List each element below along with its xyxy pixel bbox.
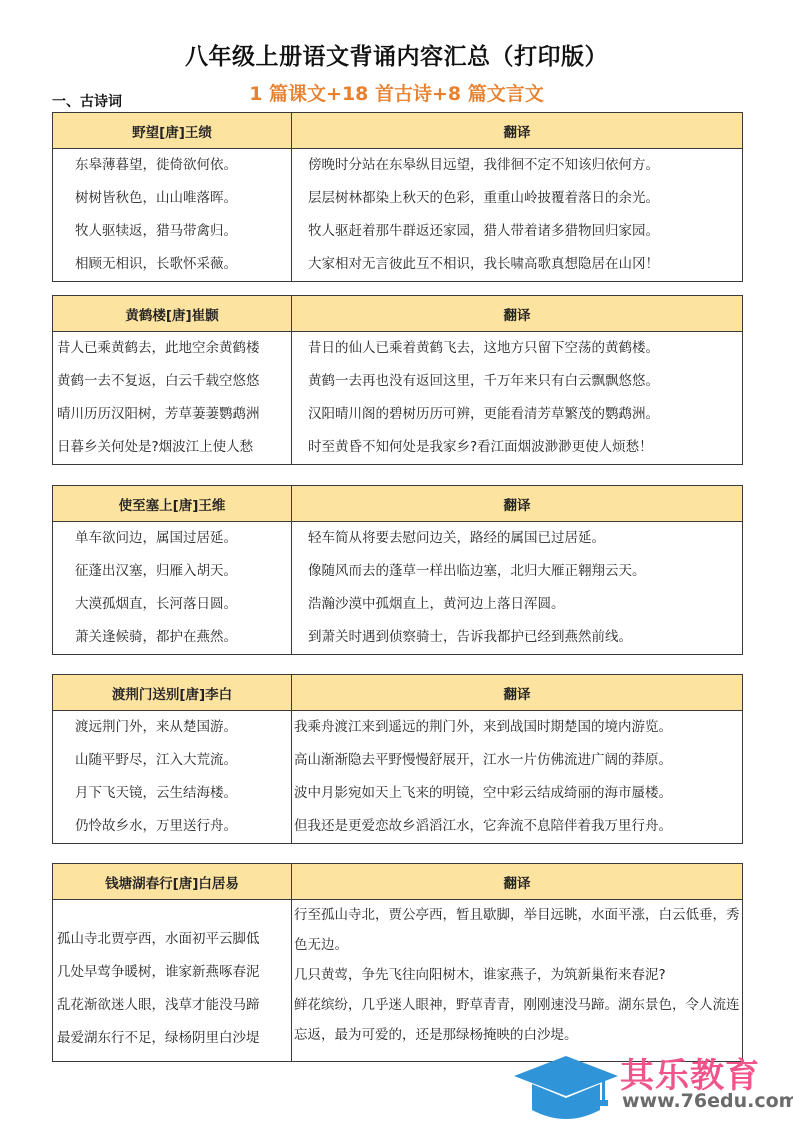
translation-header: 翻译 [292, 296, 742, 331]
translation-header: 翻译 [292, 675, 742, 710]
translation-line: 黄鹤一去再也没有返回这里，千万年来只有白云飘飘悠悠。 [292, 365, 742, 398]
poem-title: 渡荆门送别[唐]李白 [53, 675, 292, 710]
table-body: 单车欲问边，属国过居延。 征蓬出汉塞，归雁入胡天。 大漠孤烟直，长河落日圆。 萧… [53, 522, 742, 654]
poem-title: 野望[唐]王绩 [53, 113, 292, 148]
translation-line: 层层树林都染上秋天的色彩，重重山岭披覆着落日的余光。 [292, 182, 742, 215]
poem-line: 相顾无相识，长歌怀采薇。 [53, 248, 291, 281]
poem-line: 最爱湖东行不足，绿杨阴里白沙堤 [53, 1022, 291, 1055]
translation-line: 我乘舟渡江来到遥远的荆门外，来到战国时期楚国的境内游览。 [292, 711, 742, 744]
watermark-logo: 其乐教育 www.76edu.com [512, 1048, 793, 1121]
poem-line: 几处早莺争暖树，谁家新燕啄春泥 [53, 956, 291, 989]
poem-line: 单车欲问边，属国过居延。 [53, 522, 291, 555]
translation-line: 傍晚时分站在东皋纵目远望，我徘徊不定不知该归依何方。 [292, 149, 742, 182]
table-body: 孤山寺北贾亭西，水面初平云脚低 几处早莺争暖树，谁家新燕啄春泥 乱花渐欲迷人眼，… [53, 900, 742, 1061]
table-body: 昔人已乘黄鹤去，此地空余黄鹤楼 黄鹤一去不复返，白云千载空悠悠 晴川历历汉阳树，… [53, 332, 742, 464]
poem-title: 钱塘湖春行[唐]白居易 [53, 864, 292, 899]
translation-column: 傍晚时分站在东皋纵目远望，我徘徊不定不知该归依何方。 层层树林都染上秋天的色彩，… [292, 149, 742, 281]
translation-line: 高山渐渐隐去平野慢慢舒展开，江水一片仿佛流进广阔的莽原。 [292, 744, 742, 777]
table-header: 黄鹤楼[唐]崔颢 翻译 [53, 296, 742, 332]
watermark-url: www.76edu.com [622, 1090, 793, 1112]
poem-table-yewang: 野望[唐]王绩 翻译 东皋薄暮望，徙倚欲何依。 树树皆秋色，山山唯落晖。 牧人驱… [52, 112, 743, 282]
poem-line: 月下飞天镜，云生结海楼。 [53, 777, 291, 810]
poem-line: 渡远荆门外，来从楚国游。 [53, 711, 291, 744]
translation-header: 翻译 [292, 864, 742, 899]
translation-column: 行至孤山寺北，贾公亭西，暂且歇脚，举目远眺，水面平涨，白云低垂，秀色无边。 几只… [292, 900, 742, 1061]
page-subtitle: 1 篇课文+18 首古诗+8 篇文言文 [0, 79, 793, 106]
translation-line: 行至孤山寺北，贾公亭西，暂且歇脚，举目远眺，水面平涨，白云低垂，秀色无边。 [292, 900, 742, 960]
poem-line: 树树皆秋色，山山唯落晖。 [53, 182, 291, 215]
poem-line: 晴川历历汉阳树，芳草萋萋鹦鹉洲 [53, 398, 291, 431]
poem-line: 乱花渐欲迷人眼，浅草才能没马蹄 [53, 989, 291, 1022]
translation-line: 但我还是更爱恋故乡滔滔江水，它奔流不息陪伴着我万里行舟。 [292, 810, 742, 843]
translation-column: 轻车简从将要去慰问边关，路经的属国已过居延。 像随风而去的蓬草一样出临边塞，北归… [292, 522, 742, 654]
poem-line: 仍怜故乡水，万里送行舟。 [53, 810, 291, 843]
translation-line: 浩瀚沙漠中孤烟直上，黄河边上落日浑圆。 [292, 588, 742, 621]
table-header: 使至塞上[唐]王维 翻译 [53, 486, 742, 522]
table-body: 东皋薄暮望，徙倚欲何依。 树树皆秋色，山山唯落晖。 牧人驱犊返，猎马带禽归。 相… [53, 149, 742, 281]
translation-header: 翻译 [292, 486, 742, 521]
original-column: 渡远荆门外，来从楚国游。 山随平野尽，江入大荒流。 月下飞天镜，云生结海楼。 仍… [53, 711, 292, 843]
poem-line: 日暮乡关何处是?烟波江上使人愁 [53, 431, 291, 464]
original-column: 孤山寺北贾亭西，水面初平云脚低 几处早莺争暖树，谁家新燕啄春泥 乱花渐欲迷人眼，… [53, 900, 292, 1061]
table-header: 野望[唐]王绩 翻译 [53, 113, 742, 149]
translation-header: 翻译 [292, 113, 742, 148]
poem-line: 大漠孤烟直，长河落日圆。 [53, 588, 291, 621]
poem-table-dujingmen: 渡荆门送别[唐]李白 翻译 渡远荆门外，来从楚国游。 山随平野尽，江入大荒流。 … [52, 674, 743, 844]
poem-line: 昔人已乘黄鹤去，此地空余黄鹤楼 [53, 332, 291, 365]
poem-title: 黄鹤楼[唐]崔颢 [53, 296, 292, 331]
translation-line: 牧人驱赶着那牛群返还家园，猎人带着诸多猎物回归家园。 [292, 215, 742, 248]
table-body: 渡远荆门外，来从楚国游。 山随平野尽，江入大荒流。 月下飞天镜，云生结海楼。 仍… [53, 711, 742, 843]
original-column: 昔人已乘黄鹤去，此地空余黄鹤楼 黄鹤一去不复返，白云千载空悠悠 晴川历历汉阳树，… [53, 332, 292, 464]
poem-line: 黄鹤一去不复返，白云千载空悠悠 [53, 365, 291, 398]
poem-line: 萧关逢候骑，都护在燕然。 [53, 621, 291, 654]
poem-table-qiantanghu: 钱塘湖春行[唐]白居易 翻译 孤山寺北贾亭西，水面初平云脚低 几处早莺争暖树，谁… [52, 863, 743, 1062]
translation-line: 鲜花缤纷，几乎迷人眼神，野草青青，刚刚速没马蹄。湖东景色，令人流连忘返，最为可爱… [292, 990, 742, 1050]
original-column: 单车欲问边，属国过居延。 征蓬出汉塞，归雁入胡天。 大漠孤烟直，长河落日圆。 萧… [53, 522, 292, 654]
table-header: 渡荆门送别[唐]李白 翻译 [53, 675, 742, 711]
poem-line: 征蓬出汉塞，归雁入胡天。 [53, 555, 291, 588]
poem-line: 孤山寺北贾亭西，水面初平云脚低 [53, 923, 291, 956]
translation-line: 波中月影宛如天上飞来的明镜，空中彩云结成绮丽的海市蜃楼。 [292, 777, 742, 810]
original-column: 东皋薄暮望，徙倚欲何依。 树树皆秋色，山山唯落晖。 牧人驱犊返，猎马带禽归。 相… [53, 149, 292, 281]
poem-line: 牧人驱犊返，猎马带禽归。 [53, 215, 291, 248]
translation-line: 昔日的仙人已乘着黄鹤飞去，这地方只留下空荡的黄鹤楼。 [292, 332, 742, 365]
poem-line: 东皋薄暮望，徙倚欲何依。 [53, 149, 291, 182]
translation-line: 几只黄莺，争先飞往向阳树木，谁家燕子，为筑新巢衔来春泥? [292, 960, 742, 990]
translation-line: 轻车简从将要去慰问边关，路经的属国已过居延。 [292, 522, 742, 555]
poem-table-shizhisaishang: 使至塞上[唐]王维 翻译 单车欲问边，属国过居延。 征蓬出汉塞，归雁入胡天。 大… [52, 485, 743, 655]
translation-line: 像随风而去的蓬草一样出临边塞，北归大雁正翱翔云天。 [292, 555, 742, 588]
translation-line: 到萧关时遇到侦察骑士，告诉我都护已经到燕然前线。 [292, 621, 742, 654]
table-header: 钱塘湖春行[唐]白居易 翻译 [53, 864, 742, 900]
poem-table-huanghelou: 黄鹤楼[唐]崔颢 翻译 昔人已乘黄鹤去，此地空余黄鹤楼 黄鹤一去不复返，白云千载… [52, 295, 743, 465]
graduation-cap-icon [514, 1054, 624, 1121]
translation-line: 时至黄昏不知何处是我家乡?看江面烟波渺渺更使人烦愁！ [292, 431, 742, 464]
translation-column: 我乘舟渡江来到遥远的荆门外，来到战国时期楚国的境内游览。 高山渐渐隐去平野慢慢舒… [292, 711, 742, 843]
page-title: 八年级上册语文背诵内容汇总（打印版） [0, 38, 793, 71]
poem-title: 使至塞上[唐]王维 [53, 486, 292, 521]
translation-column: 昔日的仙人已乘着黄鹤飞去，这地方只留下空荡的黄鹤楼。 黄鹤一去再也没有返回这里，… [292, 332, 742, 464]
translation-line: 大家相对无言彼此互不相识，我长啸高歌真想隐居在山冈！ [292, 248, 742, 281]
poem-line: 山随平野尽，江入大荒流。 [53, 744, 291, 777]
translation-line: 汉阳晴川阁的碧树历历可辨，更能看清芳草繁茂的鹦鹉洲。 [292, 398, 742, 431]
